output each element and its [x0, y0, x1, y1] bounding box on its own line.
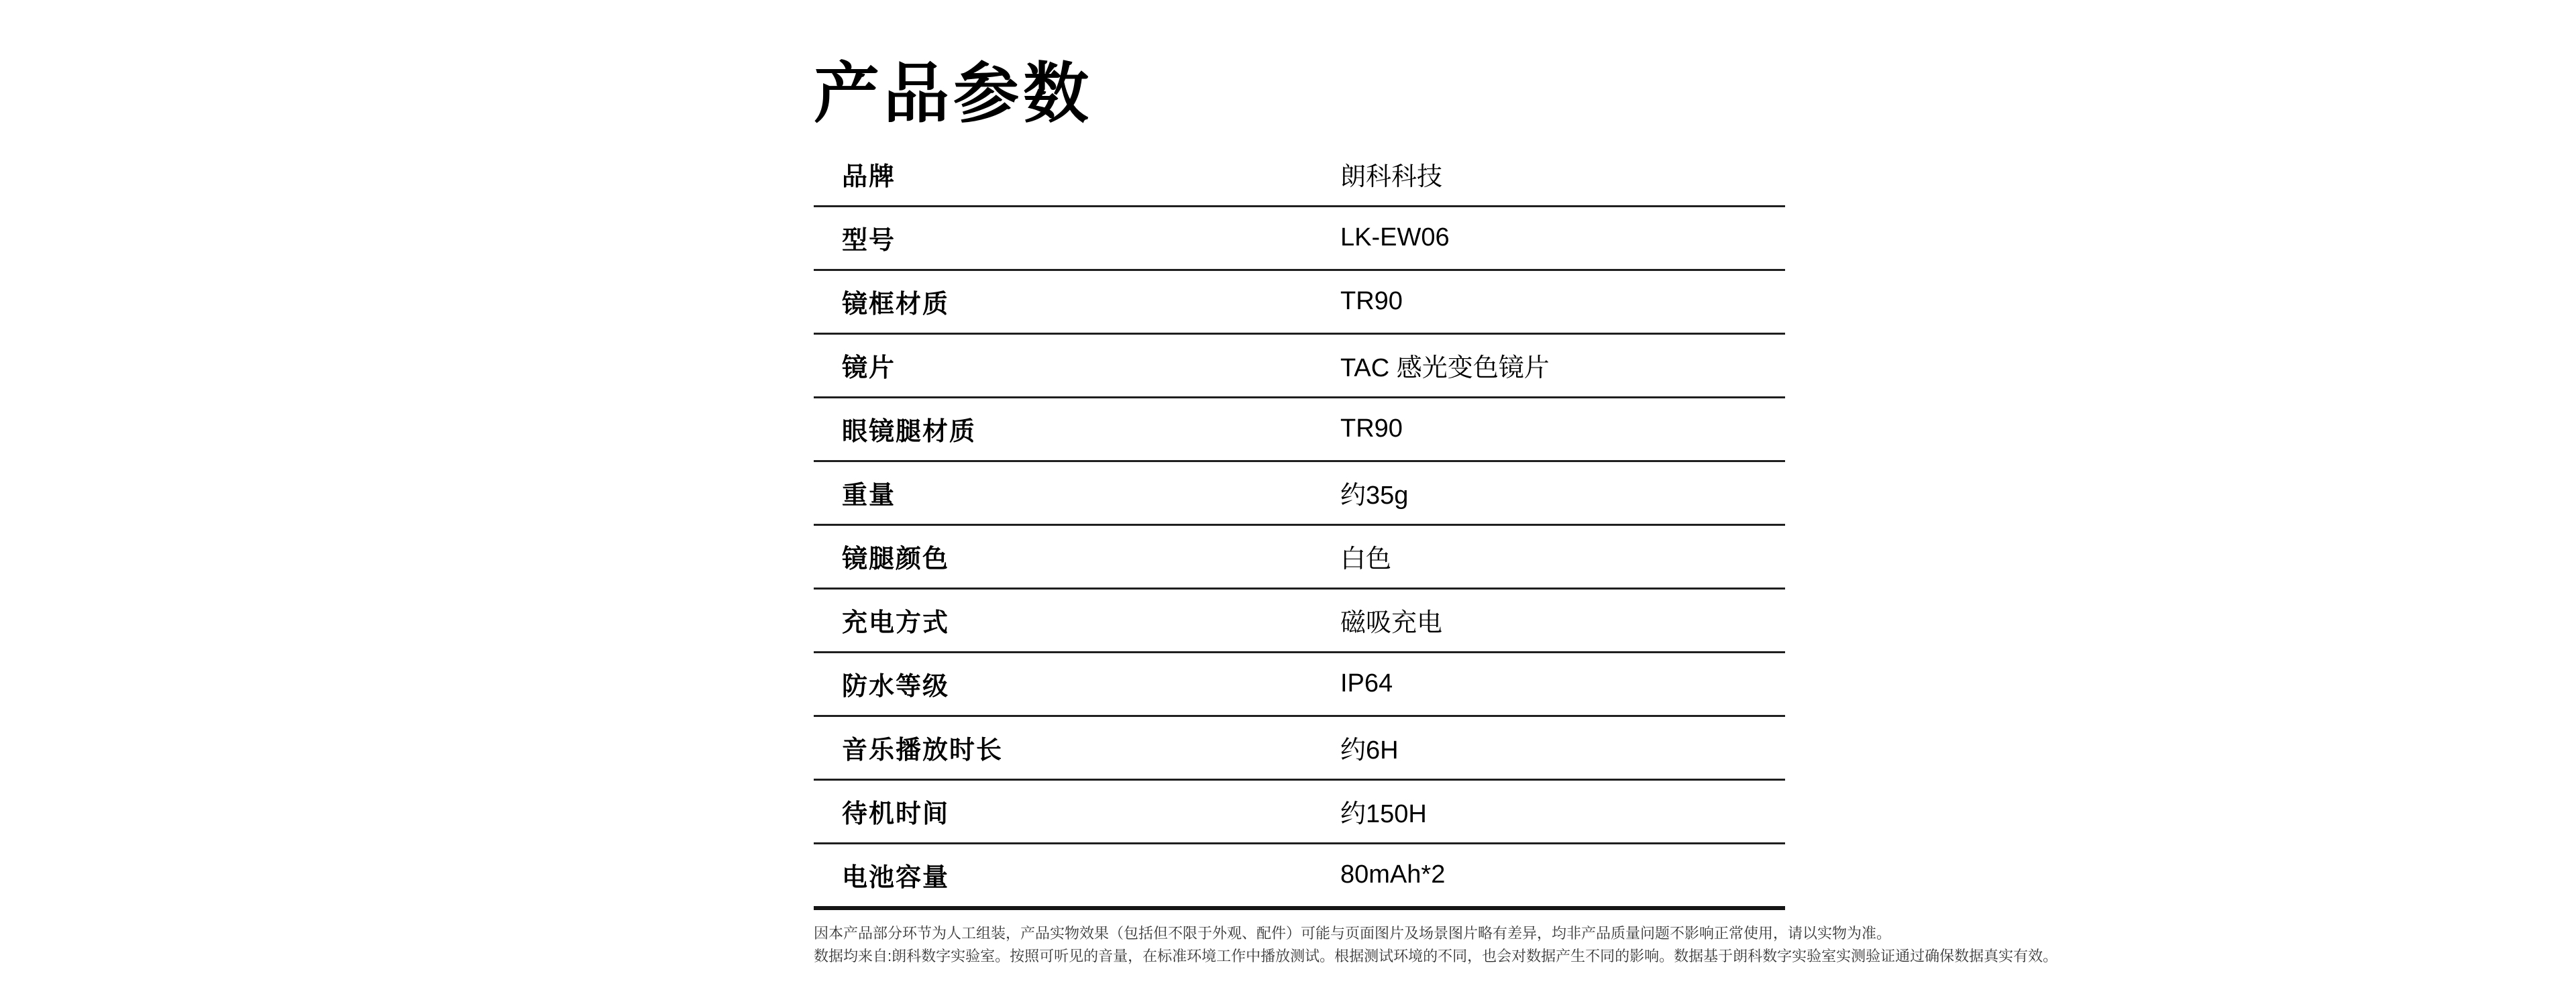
spec-row-weight: 重量 约35g	[814, 462, 1785, 526]
spec-value: 80mAh*2	[1340, 860, 1785, 889]
spec-value: 约6H	[1340, 729, 1785, 766]
spec-value: TR90	[1340, 414, 1785, 443]
spec-content: 产品参数 品牌 朗科科技 型号 LK-EW06 镜框材质 TR90 镜片 TAC…	[814, 54, 1785, 969]
spec-value: 白色	[1340, 538, 1785, 575]
spec-label: 镜腿颜色	[814, 538, 1340, 575]
product-spec-page: 产品参数 品牌 朗科科技 型号 LK-EW06 镜框材质 TR90 镜片 TAC…	[0, 0, 2576, 1006]
spec-value: 朗科科技	[1340, 156, 1785, 192]
spec-row-charging-method: 充电方式 磁吸充电	[814, 590, 1785, 653]
spec-label: 品牌	[814, 156, 1340, 192]
spec-row-brand: 品牌 朗科科技	[814, 144, 1785, 207]
spec-label: 镜框材质	[814, 283, 1340, 320]
spec-value: LK-EW06	[1340, 223, 1785, 252]
spec-row-temple-color: 镜腿颜色 白色	[814, 526, 1785, 590]
spec-label: 重量	[814, 474, 1340, 511]
spec-row-lens: 镜片 TAC 感光变色镜片	[814, 335, 1785, 398]
spec-row-temple-material: 眼镜腿材质 TR90	[814, 398, 1785, 462]
disclaimer-line-1: 因本产品部分环节为人工组装，产品实物效果（包括但不限于外观、配件）可能与页面图片…	[814, 924, 1785, 944]
spec-label: 眼镜腿材质	[814, 410, 1340, 447]
spec-value: 磁吸充电	[1340, 602, 1785, 638]
spec-label: 音乐播放时长	[814, 729, 1340, 766]
spec-row-music-playtime: 音乐播放时长 约6H	[814, 717, 1785, 781]
spec-label: 型号	[814, 219, 1340, 256]
disclaimer: 因本产品部分环节为人工组装，产品实物效果（包括但不限于外观、配件）可能与页面图片…	[814, 924, 1785, 966]
spec-label: 电池容量	[814, 856, 1340, 893]
disclaimer-line-2: 数据均来自:朗科数字实验室。按照可听见的音量，在标准环境工作中播放测试。根据测试…	[814, 946, 1785, 966]
spec-row-waterproof-rating: 防水等级 IP64	[814, 653, 1785, 717]
spec-label: 镜片	[814, 347, 1340, 384]
spec-row-battery-capacity: 电池容量 80mAh*2	[814, 844, 1785, 906]
page-title: 产品参数	[814, 54, 1785, 134]
spec-value: TAC 感光变色镜片	[1340, 347, 1785, 384]
spec-value: 约150H	[1340, 793, 1785, 830]
spec-label: 充电方式	[814, 602, 1340, 638]
spec-row-standby-time: 待机时间 约150H	[814, 781, 1785, 844]
spec-label: 待机时间	[814, 793, 1340, 830]
spec-value: 约35g	[1340, 474, 1785, 511]
spec-row-model: 型号 LK-EW06	[814, 207, 1785, 271]
spec-value: TR90	[1340, 287, 1785, 316]
spec-label: 防水等级	[814, 665, 1340, 702]
spec-value: IP64	[1340, 669, 1785, 698]
spec-table: 品牌 朗科科技 型号 LK-EW06 镜框材质 TR90 镜片 TAC 感光变色…	[814, 144, 1785, 910]
spec-row-frame-material: 镜框材质 TR90	[814, 271, 1785, 335]
